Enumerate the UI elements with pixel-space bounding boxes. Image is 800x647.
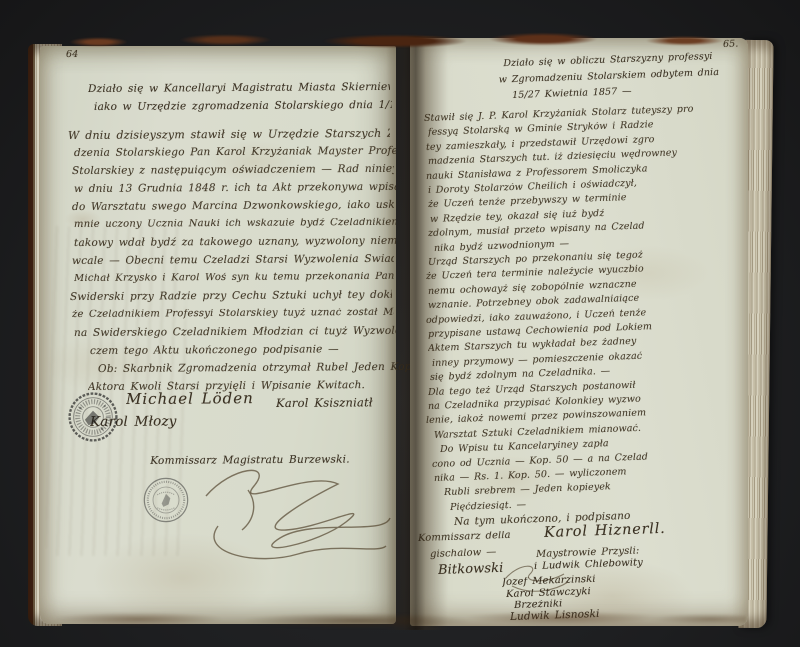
body-line: że Czeladnikiem Professyi Stolarskiey tu… (72, 308, 394, 320)
official-signature-flourish (188, 460, 400, 572)
body-line: czem tego Aktu ukończonego podpisanie — (90, 344, 339, 356)
body-line: wznanie. Potrzebney obok zadawalniaiące (428, 294, 640, 311)
body-line: lenie, iakoż nowemi przez powinszowaniem (426, 408, 646, 425)
body-line: nika bydź uzwodnionym — (434, 239, 569, 253)
body-text: a na Czelad (583, 452, 649, 464)
body-line: Pięćdziesiąt. — (450, 500, 526, 512)
fee-amount: Rubel Jeden Kop. 50 (316, 362, 420, 375)
left-page: 64 Działo się w Kancellaryi Magistratu M… (40, 46, 396, 624)
body-line: nika — Rs. 1. Kop. 50. — wyliczonem (434, 467, 627, 483)
body-text: pod Lokiem (588, 322, 652, 334)
signature-bitkowski: Bitkowski (438, 562, 504, 577)
ink-stamp (140, 474, 192, 526)
body-line: w dniu 13 Grudnia 1848 r. ich ta Akt prz… (74, 182, 396, 195)
signature-master: Jozef Mekarzinski (502, 575, 596, 588)
body-line: Michał Krzysko i Karol Woś syn ku temu p… (74, 272, 396, 284)
header-line: Działo się w Kancellaryi Magistratu Mias… (88, 82, 390, 95)
signature-karol-hiznerll: Karol Hiznerll. (544, 522, 666, 541)
fee-text: Ob: Skarbnik Zgromadzenia otrzymał (98, 362, 316, 375)
body-text: — wyliczonem (550, 467, 627, 480)
underlined-fee: Kop. 50 — (529, 454, 583, 469)
underlined-text: ustawą Cechowienia (486, 323, 589, 339)
page-number-left: 64 (66, 50, 79, 60)
signature-master: Brzeźniki (514, 599, 563, 611)
header-line: w Zgromadzeniu Stolarskiem odbytem dnia (486, 67, 732, 85)
body-text: cono od Ucznia — (432, 456, 530, 470)
signature-master: i Ludwik Chlebowity (534, 558, 643, 572)
header-line: Działo się w obliczu Starszyzny professy… (480, 51, 736, 69)
body-line: Świderski przy Radzie przy Cechu Sztuki … (70, 290, 392, 303)
body-line: na Świderskiego Czeladnikiem Młodzian ci… (74, 326, 396, 339)
signature-karol-ksiszniatl: Karol Ksiszniatł (276, 397, 373, 409)
body-line: że Uczeń tera terminie należycie wyuczbi… (426, 264, 644, 281)
underlined-fee: Rs. 1. Kop. 50. (474, 469, 551, 484)
body-line: fessyą Stolarską w Gminie Stryków i Radz… (428, 120, 654, 137)
manuscript-photo: 64 Działo się w Kancellaryi Magistratu M… (0, 0, 800, 647)
body-line: w Rzędzie tey, okazał się iuż bydź (430, 209, 605, 225)
body-line: mnie uczony Ucznia Nauki ich wskazuie by… (74, 218, 396, 230)
body-line: Aktem Starszych tu wykładał bez żadney (428, 337, 637, 354)
page-number-right: 65. (722, 39, 738, 49)
body-line: do Warsztatu swego Marcina Dzwonkowskieg… (72, 200, 394, 213)
body-line: inney przymowy — pomieszczenie okazać (432, 352, 643, 369)
body-line: wcale — Obecni temu Czeladzi Starsi Wyzw… (72, 254, 394, 267)
body-line: Rubli srebrem — Jeden kopieyek (444, 482, 611, 497)
signature-master: Ludwik Lisnoski (510, 609, 600, 623)
body-line: W dniu dzisieyszym stawił się w Urzędzie… (68, 128, 390, 141)
header-line: 15/27 Kwietnia 1857 — (484, 86, 660, 102)
official-title: Kommissarz Magistratu Burzewski. (134, 454, 366, 466)
body-line: Do Wpisu tu Kancelaryiney zapła (440, 439, 609, 454)
body-line: Stolarskiey z następuiącym oświadczeniem… (72, 164, 394, 177)
right-page: 65. Działo się w obliczu Starszyzny prof… (410, 38, 748, 626)
body-line: Warsztat Sztuki Czeladnikiem mianować. (434, 424, 641, 441)
ink-stamp (66, 390, 120, 444)
witness-line: gischalow — (430, 548, 497, 560)
signature-michael-loden: Michael Löden (126, 391, 254, 407)
witness-line: Kommissarz della (418, 531, 511, 544)
body-line: dzenia Stolarskiego Pan Karol Krzyżaniak… (74, 146, 396, 159)
body-text: przypisane (428, 327, 486, 340)
body-line: takowy wdał bydź za takowego uznany, wyz… (74, 236, 396, 249)
body-line: się bydź zdolnym na Czeladnika. — (430, 367, 611, 383)
body-text: nika — (434, 472, 474, 484)
header-line: iako w Urzędzie zgromadzenia Stolarskieg… (94, 100, 392, 113)
body-line: zdolnym, musiał przeto wpisany na Czelad (428, 221, 645, 238)
body-line: że Uczeń tenże przebywszy w terminie (428, 193, 627, 209)
fee-line: Ob: Skarbnik Zgromadzenia otrzymał Rubel… (98, 362, 420, 375)
signature-master: Karol Stawczyki (506, 587, 591, 600)
